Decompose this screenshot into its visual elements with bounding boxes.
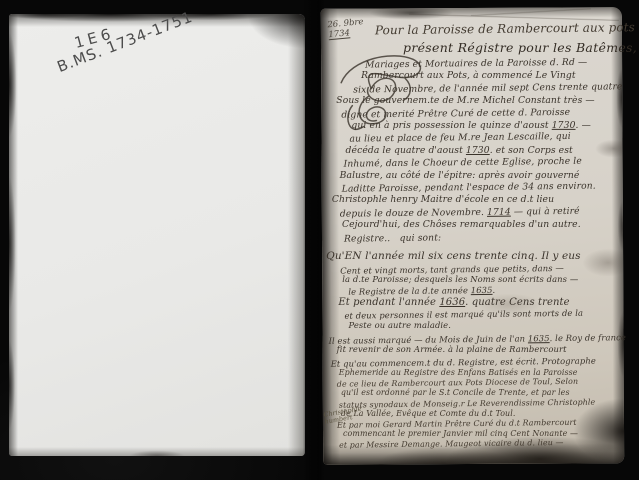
manuscript-line: présent Régistre pour les Batêmes, (403, 38, 619, 58)
manuscript-line: Qu'EN l'année mil six cens trente cinq. … (326, 249, 620, 264)
manuscript-line: Inhumé, dans le Choeur de cette Eglise, … (344, 156, 620, 172)
manuscript-line: Pour la Paroisse de Rambercourt aux pots (375, 19, 619, 39)
scan-background: 1E6 B.MS. 1734-1751 26. 9bre 1734 Pour l… (0, 0, 639, 480)
faint-pen-strokes (471, 8, 591, 16)
right-page: 26. 9bre 1734 Pour la Paroisse de Ramber… (321, 7, 624, 465)
manuscript-line: Peste ou autre maladie. (348, 320, 620, 331)
manuscript-line: et par Messire Demange. Maugeot vicaire … (339, 438, 621, 452)
manuscript-line: Sous le gouvernem.te de M.re Michel Cons… (336, 95, 619, 107)
manuscript-text: Pour la Paroisse de Rambercourt aux pots… (323, 20, 621, 450)
manuscript-line: fit revenir de son Armée. à la plaine de… (337, 344, 621, 355)
manuscript-line: Registre.. qui sont: (344, 230, 620, 246)
left-page: 1E6 B.MS. 1734-1751 (9, 14, 305, 456)
